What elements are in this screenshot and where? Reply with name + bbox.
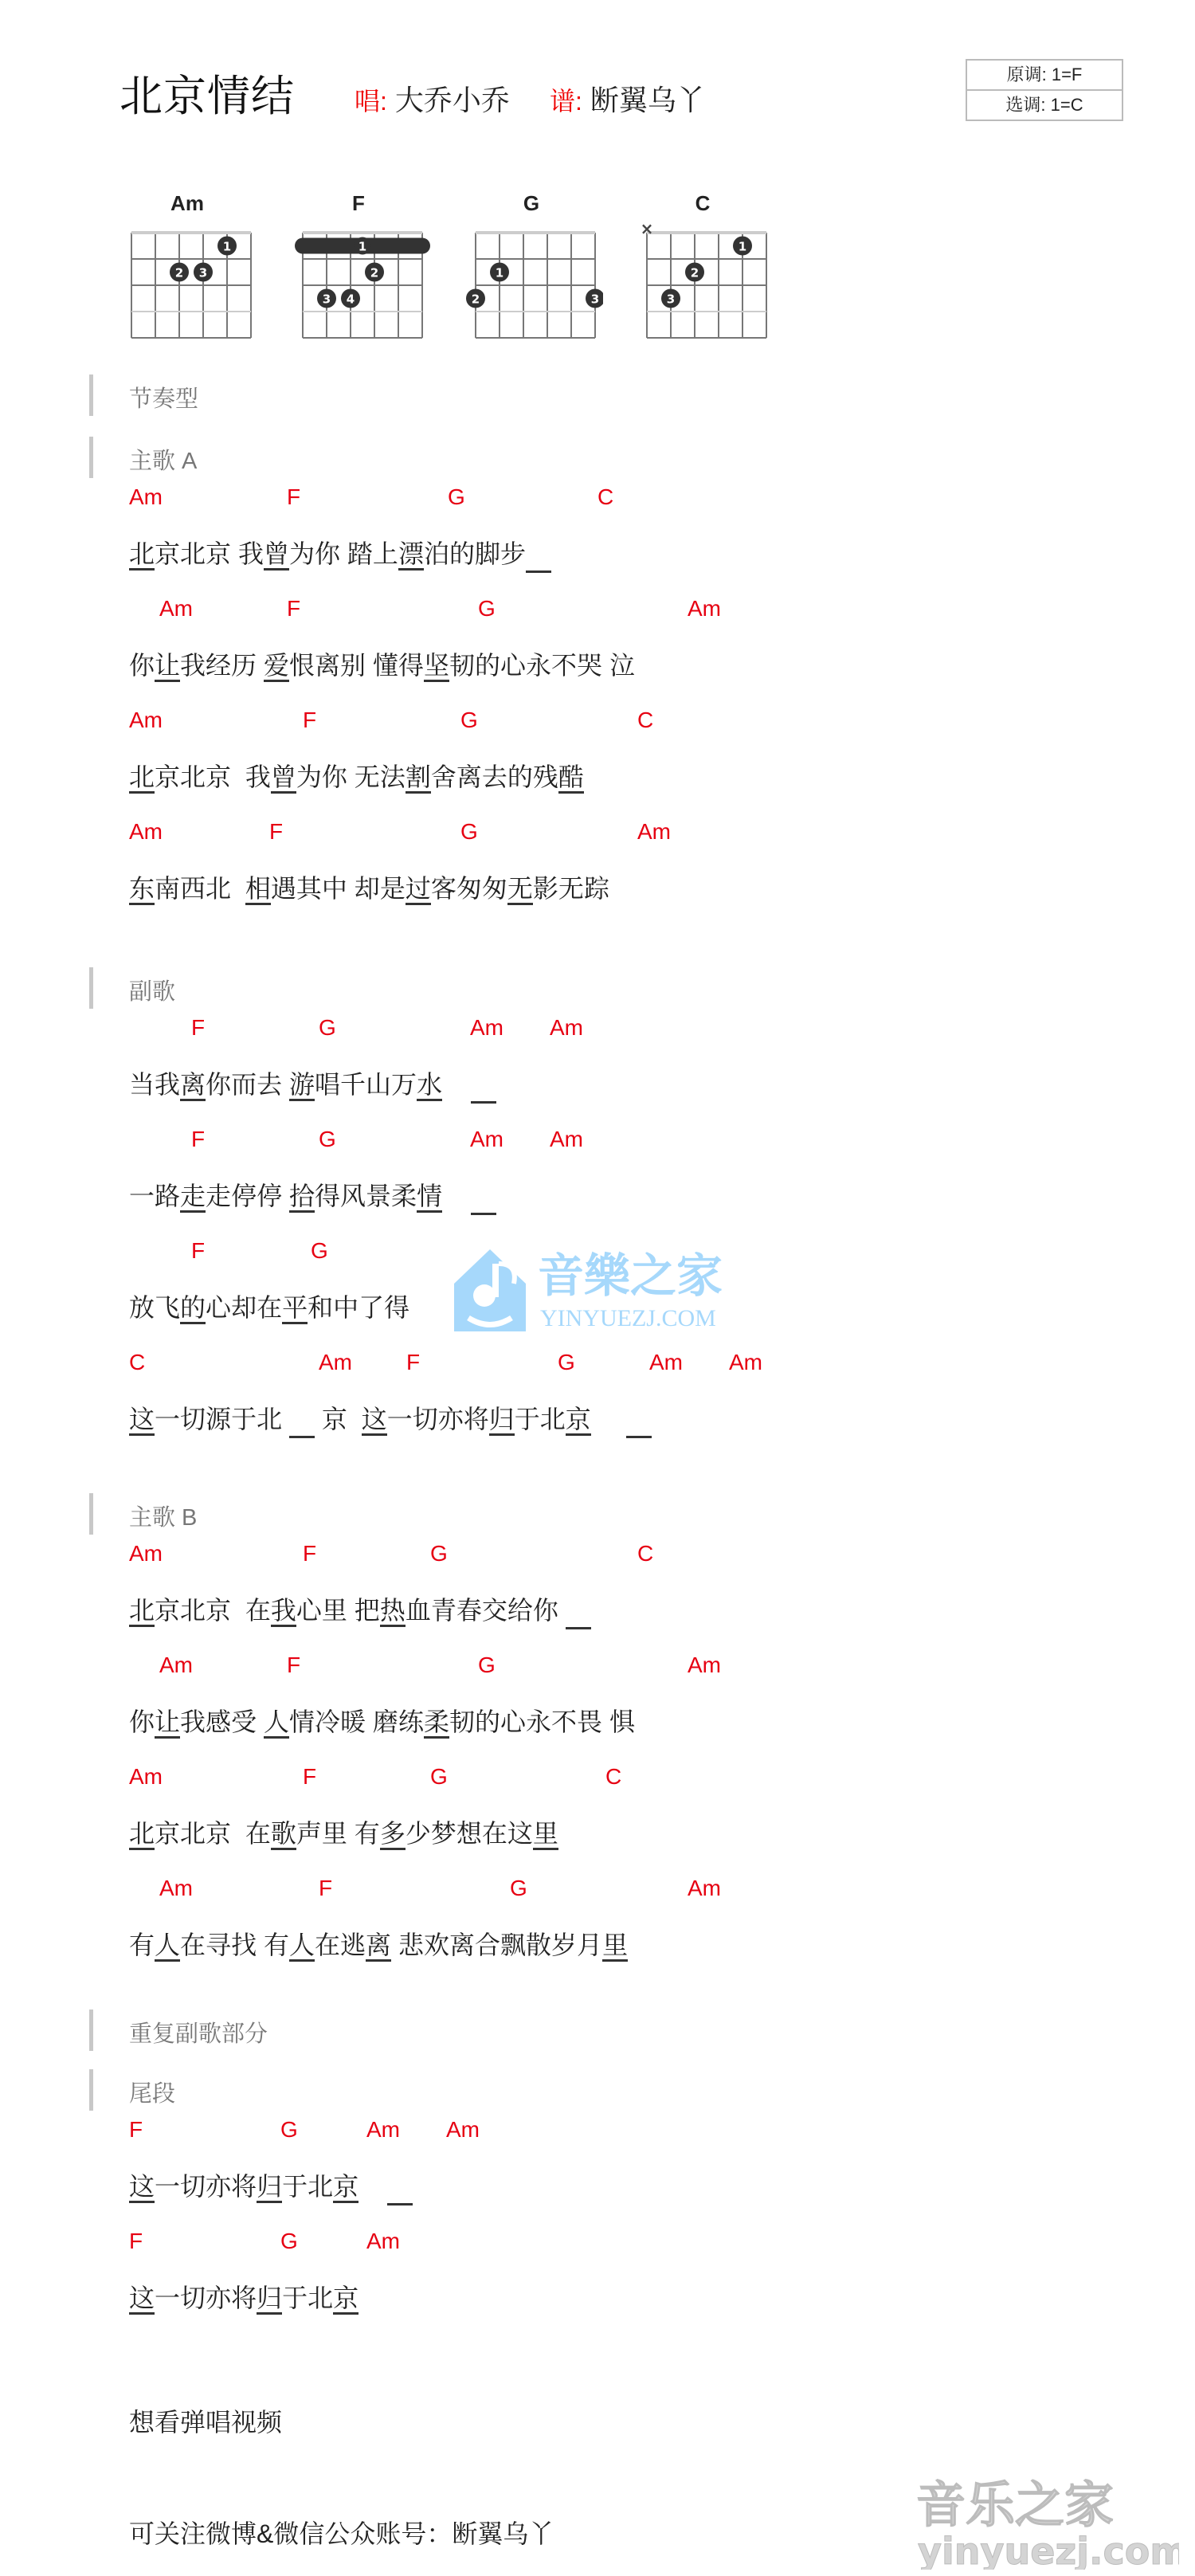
chord-label: G	[558, 1350, 575, 1375]
chord-label: C	[597, 484, 613, 510]
chord-label: Am	[129, 819, 163, 845]
song-title: 北京情结	[119, 62, 295, 124]
chord-label: Am	[446, 2117, 480, 2143]
chord-label: Am	[319, 1350, 352, 1375]
svg-text:2: 2	[472, 292, 480, 307]
chord-label: G	[311, 1238, 328, 1264]
watermark-cn: 音樂之家	[538, 1249, 723, 1303]
chord-label: Am	[366, 2117, 400, 2143]
singer-name: 大乔小乔	[395, 84, 510, 116]
svg-text:1: 1	[223, 240, 231, 254]
chord-label: F	[269, 819, 283, 845]
fretboard-icon: 123	[460, 223, 603, 343]
svg-text:3: 3	[667, 292, 675, 307]
singer-credit: 唱: 大乔小乔	[355, 78, 510, 119]
chord-label: F	[191, 1127, 205, 1152]
corner-watermark-en: yinyuezj.com	[918, 2530, 1179, 2570]
section-title: 节奏型	[129, 381, 198, 414]
section-marker	[89, 2009, 93, 2051]
svg-text:3: 3	[199, 266, 207, 280]
video-prompt: 想看弹唱视频	[129, 2402, 282, 2439]
music-house-icon: 音樂之家 YINYUEZJ.COM	[446, 1240, 781, 1335]
chord-name: G	[460, 191, 603, 216]
section-title: 主歌 B	[129, 1500, 197, 1532]
original-key: 原调: 1=F	[967, 61, 1122, 89]
chord-label: Am	[550, 1127, 583, 1152]
chord-name: F	[287, 191, 430, 216]
svg-text:4: 4	[347, 292, 355, 307]
chord-label: F	[303, 1541, 316, 1566]
lyric-line: 这一切源于北 京 这一切亦将归于北京	[129, 1399, 652, 1438]
chord-label: F	[287, 484, 300, 510]
chord-label: Am	[129, 708, 163, 733]
arranger-label: 谱:	[550, 87, 582, 116]
watermark-en: YINYUEZJ.COM	[540, 1305, 716, 1331]
chord-name: Am	[116, 191, 259, 216]
fretboard-icon: ×123	[631, 223, 774, 343]
chord-label: F	[303, 1764, 316, 1790]
chord-label: F	[319, 1876, 332, 1901]
follow-text: 可关注微博&微信公众账号：断翼乌丫	[129, 2514, 554, 2551]
chord-label: Am	[688, 1653, 721, 1678]
lyric-line: 东南西北 相遇其中 却是过客匆匆无影无踪	[129, 868, 609, 905]
svg-text:1: 1	[358, 240, 366, 254]
chord-label: G	[478, 1653, 496, 1678]
lyric-line: 北京北京 我曾为你 无法割舍离去的残酷	[129, 757, 584, 794]
chord-label: Am	[159, 1876, 193, 1901]
chord-label: G	[510, 1876, 527, 1901]
lyric-line: 北京北京 我曾为你 踏上漂泊的脚步	[129, 534, 551, 573]
svg-text:×: ×	[641, 223, 654, 238]
lyric-line: 你让我经历 爱恨离别 懂得坚韧的心永不哭 泣	[129, 645, 635, 682]
chord-label: G	[430, 1764, 448, 1790]
section-title: 尾段	[129, 2076, 175, 2108]
chord-label: Am	[129, 484, 163, 510]
svg-text:2: 2	[691, 266, 699, 280]
chord-label: Am	[470, 1127, 503, 1152]
chord-label: C	[129, 1350, 145, 1375]
lyric-line: 放飞的心却在平和中了得	[129, 1288, 409, 1324]
section-marker	[89, 1493, 93, 1535]
chord-label: F	[406, 1350, 420, 1375]
chord-label: F	[303, 708, 316, 733]
corner-watermark: 音乐之家 yinyuezj.com	[908, 2470, 1179, 2570]
chosen-key: 选调: 1=C	[967, 89, 1122, 120]
section-marker	[89, 2069, 93, 2111]
svg-text:3: 3	[323, 292, 331, 307]
arranger-credit: 谱: 断翼乌丫	[550, 78, 705, 119]
chord-label: Am	[129, 1541, 163, 1566]
lyric-line: 当我离你而去 游唱千山万水	[129, 1065, 496, 1104]
section-title: 主歌 A	[129, 443, 197, 476]
chord-label: C	[605, 1764, 621, 1790]
lyric-line: 有人在寻找 有人在逃离 悲欢离合飘散岁月里	[129, 1925, 628, 1962]
chord-label: Am	[159, 596, 193, 621]
lyric-line: 你让我感受 人情冷暖 磨练柔韧的心永不畏 惧	[129, 1702, 635, 1739]
chord-label: F	[129, 2117, 143, 2143]
chord-label: F	[129, 2229, 143, 2254]
chord-label: Am	[129, 1764, 163, 1790]
chord-label: G	[430, 1541, 448, 1566]
lyric-line: 这一切亦将归于北京	[129, 2166, 413, 2205]
svg-text:2: 2	[370, 266, 378, 280]
chord-label: G	[448, 484, 465, 510]
chord-label: Am	[159, 1653, 193, 1678]
chord-name: C	[631, 191, 774, 216]
lyric-line: 北京北京 在我心里 把热血青春交给你	[129, 1590, 591, 1629]
chord-label: Am	[729, 1350, 762, 1375]
chord-label: F	[191, 1238, 205, 1264]
corner-watermark-cn: 音乐之家	[916, 2476, 1114, 2534]
chord-label: Am	[366, 2229, 400, 2254]
section-title: 副歌	[129, 974, 175, 1006]
lyric-line: 北京北京 在歌声里 有多少梦想在这里	[129, 1813, 558, 1850]
watermark-logo: 音樂之家 YINYUEZJ.COM	[446, 1240, 781, 1335]
fretboard-icon: 1234	[287, 223, 430, 343]
svg-text:3: 3	[591, 292, 599, 307]
section-title: 重复副歌部分	[129, 2016, 268, 2049]
singer-label: 唱:	[355, 87, 387, 116]
lyric-line: 这一切亦将归于北京	[129, 2278, 358, 2315]
svg-text:1: 1	[739, 240, 746, 254]
chord-label: Am	[550, 1015, 583, 1041]
chord-label: Am	[649, 1350, 683, 1375]
key-info-box: 原调: 1=F 选调: 1=C	[966, 59, 1123, 121]
section-marker	[89, 967, 93, 1009]
fretboard-icon: 123	[116, 223, 259, 343]
chord-label: G	[460, 819, 478, 845]
chord-label: G	[280, 2117, 298, 2143]
chord-label: Am	[637, 819, 671, 845]
section-marker	[89, 374, 93, 416]
svg-text:1: 1	[496, 266, 503, 280]
svg-text:2: 2	[175, 266, 183, 280]
chord-label: F	[191, 1015, 205, 1041]
chord-label: C	[637, 708, 653, 733]
chord-label: G	[280, 2229, 298, 2254]
chord-label: Am	[470, 1015, 503, 1041]
lyric-line: 一路走走停停 拾得风景柔情	[129, 1176, 496, 1215]
chord-label: G	[478, 596, 496, 621]
chord-label: Am	[688, 596, 721, 621]
arranger-name: 断翼乌丫	[590, 84, 705, 116]
chord-label: G	[319, 1127, 336, 1152]
chord-label: F	[287, 596, 300, 621]
chord-label: F	[287, 1653, 300, 1678]
chord-label: G	[319, 1015, 336, 1041]
chord-label: G	[460, 708, 478, 733]
section-marker	[89, 437, 93, 478]
chord-label: C	[637, 1541, 653, 1566]
chord-label: Am	[688, 1876, 721, 1901]
